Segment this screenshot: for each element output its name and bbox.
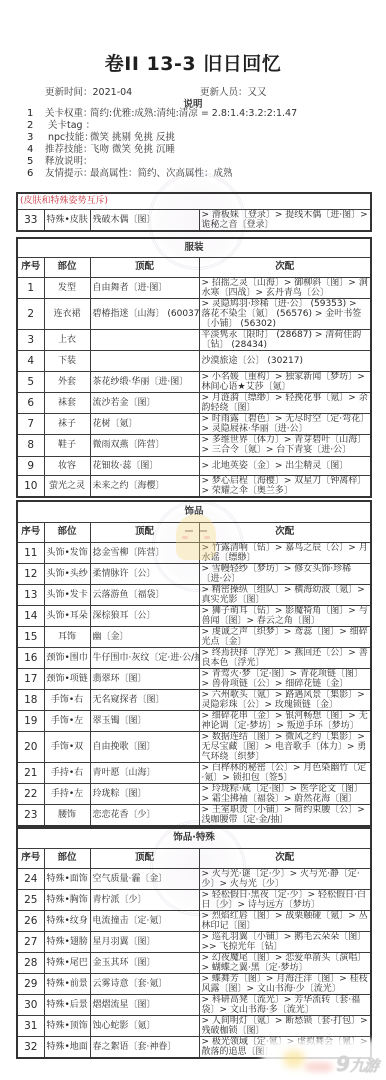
note-value: 最高属性：简约、次高属性：成熟 (90, 168, 233, 180)
table-row: 14 头饰•耳朵 深棕狼耳〔公〕 > 狮子萌耳〔钻〕> 影魔犄角〔图〕> 与兽闻… (17, 605, 371, 626)
row-alternatives: > 终焉抉择〔浮光〕> 燕回还〔公〕> 善良本色〔浮光〕 (199, 647, 371, 668)
row-part: 手持•左 (44, 783, 90, 804)
note-label: 关卡tag ： (48, 120, 95, 132)
table-row: 31 特殊•顶饰 蚀心蛇影〔氪〕 > 人间明灯〔氪〕> 断愁锁〔套·打包〕> 残… (17, 1015, 371, 1036)
site-logo: 9九游 (336, 1052, 378, 1076)
skin-exclusive-note: (皮肤和特殊姿势互斥) (17, 193, 371, 209)
row-alternatives: > 人间明灯〔氪〕> 断愁锁〔套·打包〕> 残破枷锁〔图〕 (199, 1015, 371, 1036)
row-number: 28 (17, 952, 44, 973)
row-top-pick: 捻金雪柳〔阵营〕 (90, 542, 199, 563)
row-number: 27 (17, 931, 44, 952)
row-top-pick: 玲珑粽〔图〕 (90, 783, 199, 804)
table-row: 23 腰饰 恋恋花香〔少〕 > 王室职责〔小铺〕> 简约束腰〔公〕> 浅咖腰带〔… (17, 804, 371, 826)
row-top-pick: 自由舞者〔进·图〕 (90, 277, 199, 298)
row-alternatives: > 幻夜魔尾〔图〕> 恋爱单箭头〔演唱〕> 蝴蝶之翼·黑〔定·梦坊〕 (199, 952, 371, 973)
row-part: 特殊•翅膀 (44, 931, 90, 952)
note-label: 友情提示： (45, 168, 93, 180)
row-number: 11 (17, 542, 44, 563)
row-number: 24 (17, 868, 44, 889)
header-top-pick: 顶配 (90, 848, 199, 868)
row-number: 6 (17, 392, 44, 413)
table-row: 5 外套 茶花纱缎·华丽〔进·图〕 > 小名媛〔重构〕> 独家新闻〔梦坊〕> 林… (17, 371, 371, 392)
row-alternatives: > 巡礼羽翼〔小铺〕> 鹅毛云朵朵〔图〕>> 飞掠光年〔钻〕 (199, 931, 371, 952)
row-part: 耳饰 (44, 626, 90, 647)
note-number: 6 (27, 168, 33, 180)
row-part: 鞋子 (44, 434, 90, 456)
row-part: 头饰•发卡 (44, 584, 90, 605)
note-value: 微笑 挑剔 免挑 反挑 (90, 132, 175, 144)
row-number: 5 (17, 371, 44, 392)
row-part: 手持•右 (44, 762, 90, 783)
table-row: 27 特殊•翅膀 星月羽翼〔图〕 > 巡礼羽翼〔小铺〕> 鹅毛云朵朵〔图〕>> … (17, 931, 371, 952)
row-number: 18 (17, 689, 44, 710)
row-top-pick: 青叶愿〔山海〕 (90, 762, 199, 783)
note-item: 5 释放说明： (0, 156, 386, 168)
table-row: 33 特殊•皮肤 残破木偶〔图〕 > 滑板妹〔登录〕> 提线木偶〔进·图〕> 诡… (17, 209, 371, 231)
row-part: 特殊•面饰 (44, 868, 90, 889)
row-part: 特殊•后景 (44, 994, 90, 1015)
note-item: 3 npc技能： 微笑 挑剔 免挑 反挑 (0, 132, 386, 144)
header-number: 序号 (17, 257, 44, 277)
row-number: 17 (17, 668, 44, 689)
row-part: 手饰•左 (44, 710, 90, 731)
row-part: 特殊•皮肤 (44, 209, 90, 231)
row-top-pick: 蚀心蛇影〔氪〕 (90, 1015, 199, 1036)
row-part: 头饰•头纱 (44, 563, 90, 584)
table-row: 20 手饰•双 自由挽歌〔图〕 > 数据连结〔图〕> 微风之约〔集影〕> 无尽宝… (17, 731, 371, 762)
table-row: 18 手饰•右 无名窥探者〔图〕 > 六州歌头〔氪〕> 路遇风景〔集影〕> 灵隐… (17, 689, 371, 710)
row-top-pick: 星月羽翼〔图〕 (90, 931, 199, 952)
row-top-pick: 茶花纱缎·华丽〔进·图〕 (90, 371, 199, 392)
header-alternatives: 次配 (199, 257, 371, 277)
row-number: 1 (17, 277, 44, 298)
row-part: 发型 (44, 277, 90, 298)
row-part: 下装 (44, 350, 90, 371)
row-number: 15 (17, 626, 44, 647)
note-number: 2 (27, 120, 33, 132)
row-number: 23 (17, 804, 44, 826)
header-part: 部位 (44, 522, 90, 542)
table-row: 7 袜子 花树〔氪〕 > 时雨露〔碧色〕> 无尽时空〔定·弯花〕> 灵隐屐袜·华… (17, 413, 371, 434)
row-top-pick: 云落游鱼〔福袋〕 (90, 584, 199, 605)
row-part: 袜子 (44, 413, 90, 434)
row-alternatives: > 轻松假日·黑夜〔定·少〕> 轻松假日·白日〔少〕> 诗与远方〔梦坊〕 (199, 889, 371, 910)
table-row: 9 妆容 花钿妆·蕊〔图〕 > 北地英姿〔金〕> 出尘精灵〔图〕 (17, 456, 371, 475)
row-top-pick: 流沙若金〔图〕 (90, 392, 199, 413)
row-top-pick: 恋恋花香〔少〕 (90, 804, 199, 826)
row-part: 特殊•地面 (44, 1036, 90, 1058)
row-top-pick: 柔情脉许〔公〕 (90, 563, 199, 584)
row-number: 33 (17, 209, 44, 231)
table-row: 16 颈饰•围巾 牛仔围巾·灰纹〔定·进·公/抽〕 > 终焉抉择〔浮光〕> 燕回… (17, 647, 371, 668)
row-alternatives: > 玲珑粽·咸〔定·图〕> 医学论文〔图〕> 霜尘拂袖〔福袋〕> 蔚然花海〔图〕 (199, 783, 371, 804)
row-top-pick: 空气质量·霾〔金〕 (90, 868, 199, 889)
row-part: 手饰•右 (44, 689, 90, 710)
row-part: 特殊•顶饰 (44, 1015, 90, 1036)
row-alternatives: > 细碎花串〔金〕> 银河畅想〔图〕> 无神论调〔定·梦坊〕> 叛逆手环〔梦坊〕 (199, 710, 371, 731)
skin-table: (皮肤和特殊姿势互斥) 33 特殊•皮肤 残破木偶〔图〕 > 滑板妹〔登录〕> … (16, 192, 372, 232)
row-number: 29 (17, 973, 44, 994)
table-row: 22 手持•左 玲珑粽〔图〕 > 玲珑粽·咸〔定·图〕> 医学论文〔图〕> 霜尘… (17, 783, 371, 804)
row-top-pick: 翡翠环〔图〕 (90, 668, 199, 689)
row-alternatives: > 科研高凳〔流光〕> 芳华流转〔套·福袋〕> 文山书海·多〔流光〕 (199, 994, 371, 1015)
note-item: 2 关卡tag ： (0, 120, 386, 132)
row-number: 9 (17, 456, 44, 475)
row-part: 头饰•发饰 (44, 542, 90, 563)
note-value: 飞吻 微笑 免挑 沉睡 (90, 144, 175, 156)
row-top-pick: 金玉其环〔图〕 (90, 952, 199, 973)
row-alternatives: > 火与光·谜〔定·少〕> 火与光·静〔定·少〕> 火与光〔少〕 (199, 868, 371, 889)
logo-mark-icon: 9 (336, 1052, 349, 1076)
row-number: 12 (17, 563, 44, 584)
row-number: 32 (17, 1036, 44, 1058)
row-part: 手饰•双 (44, 731, 90, 762)
row-top-pick (90, 329, 199, 350)
row-top-pick: 云雾诗意〔套·氪〕 (90, 973, 199, 994)
header-top-pick: 顶配 (90, 257, 199, 277)
row-top-pick: 牛仔围巾·灰纹〔定·进·公/抽〕 (90, 647, 199, 668)
row-alternatives: > 小名媛〔重构〕> 独家新闻〔梦坊〕> 林间心语★艾莎〔氪〕 (199, 371, 371, 392)
table-row: 1 发型 自由舞者〔进·图〕 > 招摇之灵〔山海〕> 御柳斜〔图〕> 涧水寒〔四… (17, 277, 371, 298)
row-number: 8 (17, 434, 44, 456)
row-part: 特殊•胸饰 (44, 889, 90, 910)
row-top-pick: 青柠派〔少〕 (90, 889, 199, 910)
note-number: 5 (27, 156, 33, 168)
note-number: 3 (27, 132, 33, 144)
accessory-table: 饰品 序号 部位 顶配 次配 11 头饰•发饰 捻金雪柳〔阵营〕 > 竹露清响〔… (16, 500, 372, 827)
table-row: 8 鞋子 微雨双燕〔阵营〕 > 多维世界〔体力〕> 青芽碧叶〔山海〕> 三合令〔… (17, 434, 371, 456)
table-row: 12 头饰•头纱 柔情脉许〔公〕 > 雪幔轻纱〔梦坊〕> 修女头饰·珍稀〔进·公… (17, 563, 371, 584)
row-number: 16 (17, 647, 44, 668)
note-value: 简约:优雅:成熟:清纯:清凉 = 2.8:1.4:3.2:2:1.47 (90, 108, 297, 120)
row-part: 连衣裙 (44, 298, 90, 329)
row-alternatives: > 时雨露〔碧色〕> 无尽时空〔定·弯花〕> 灵隐屐袜·华丽〔进·公〕 (199, 413, 371, 434)
table-row: 2 连衣裙 碧椿指迷〔山海〕 (60037) > 灵隐鸠羽·珍稀〔进·公〕 (5… (17, 298, 371, 329)
header-number: 序号 (17, 522, 44, 542)
row-alternatives: > 雪幔轻纱〔梦坊〕> 修女头饰·珍稀〔进·公〕 (199, 563, 371, 584)
header-part: 部位 (44, 257, 90, 277)
table-row: 21 手持•右 青叶愿〔山海〕 > 白桦林的秘密〔公〕> 月色染幽竹〔定·氪〕>… (17, 762, 371, 783)
table-row: 26 特殊•纹身 电流撞击〔定·氪〕 > 烈焰红唇〔图〕> 战栗触碰〔氪〕> 丛… (17, 910, 371, 931)
table-row: 3 上衣 平淡隽永〔限时〕 (28687) > 清荷佳韵〔钻〕 (28434) (17, 329, 371, 350)
table-title: 服装 (17, 238, 371, 257)
header-alternatives: 次配 (199, 848, 371, 868)
row-alternatives: > 月涟漪〔缥缈〕> 轻挽花事〔氪〕> 余韵轻绕〔图〕 (199, 392, 371, 413)
row-number: 22 (17, 783, 44, 804)
row-alternatives: > 北地英姿〔金〕> 出尘精灵〔图〕 (199, 456, 371, 475)
row-number: 4 (17, 350, 44, 371)
table-row: 4 下装 沙漠旅途〔公〕 (30217) (17, 350, 371, 371)
row-top-pick: 未来之约〔海樱〕 (90, 475, 199, 497)
logo-decoration-icon (305, 1062, 333, 1072)
row-top-pick: 翠玉镯〔图〕 (90, 710, 199, 731)
table-row: 28 特殊•尾巴 金玉其环〔图〕 > 幻夜魔尾〔图〕> 恋爱单箭头〔演唱〕> 蝴… (17, 952, 371, 973)
row-number: 26 (17, 910, 44, 931)
row-top-pick: 微雨双燕〔阵营〕 (90, 434, 199, 456)
header-number: 序号 (17, 848, 44, 868)
row-alternatives: > 蝶舞芳〔图〕> 月海汪洋〔图〕> 桂枝风露〔图〕> 文山书海·少〔流光〕 (199, 973, 371, 994)
row-part: 颈饰•围巾 (44, 647, 90, 668)
row-alternatives: > 狮子萌耳〔钻〕> 影魔犄角〔图〕> 与兽闻〔图〕> 春云之角〔图〕 (199, 605, 371, 626)
note-label: 释放说明： (45, 156, 93, 168)
table-row: 10 萤光之灵 未来之约〔海樱〕 > 梦心启程〔海樱〕> 双星刀〔钟离梓〕> 荣… (17, 475, 371, 497)
row-alternatives: > 六州歌头〔氪〕> 路遇风景〔集影〕> 灵隐彩珠〔公〕> 玫瑰锁链〔金〕 (199, 689, 371, 710)
table-row: 25 特殊•胸饰 青柠派〔少〕 > 轻松假日·黑夜〔定·少〕> 轻松假日·白日〔… (17, 889, 371, 910)
table-header-row: 序号 部位 顶配 次配 (17, 522, 371, 542)
row-top-pick: 幽〔金〕 (90, 626, 199, 647)
row-number: 10 (17, 475, 44, 497)
row-alternatives: > 数据连结〔图〕> 微风之约〔集影〕> 无尽宝藏〔图〕> 电音歌手〔体力〕> … (199, 731, 371, 762)
row-number: 30 (17, 994, 44, 1015)
table-row: 29 特殊•前景 云雾诗意〔套·氪〕 > 蝶舞芳〔图〕> 月海汪洋〔图〕> 桂枝… (17, 973, 371, 994)
row-number: 25 (17, 889, 44, 910)
costume-table: 服装 序号 部位 顶配 次配 1 发型 自由舞者〔进·图〕 > 招摇之灵〔山海〕… (16, 237, 372, 498)
note-number: 1 (27, 108, 33, 120)
row-alternatives: > 白桦林的秘密〔公〕> 月色染幽竹〔定·氪〕> 锁扣包〔签5〕 (199, 762, 371, 783)
row-alternatives: > 精密操纵〔组队〕> 横海幼波〔氪〕> 真实光影〔图〕 (199, 584, 371, 605)
table-row: 15 耳饰 幽〔金〕 > 虔诚之声〔织梦〕> 鸢蕊〔图〕> 细碎光点〔金〕 (17, 626, 371, 647)
row-top-pick (90, 350, 199, 371)
page-title: 卷II 13-3 旧日回忆 (0, 49, 386, 76)
table-row: 30 特殊•后景 熠熠流星〔图〕 > 科研高凳〔流光〕> 芳华流转〔套·福袋〕>… (17, 994, 371, 1015)
row-top-pick: 熠熠流星〔图〕 (90, 994, 199, 1015)
skin-note-row: (皮肤和特殊姿势互斥) (17, 193, 371, 209)
row-part: 袜套 (44, 392, 90, 413)
row-top-pick: 花钿妆·蕊〔图〕 (90, 456, 199, 475)
row-part: 腰饰 (44, 804, 90, 826)
row-part: 颈饰•项链 (44, 668, 90, 689)
note-label: npc技能： (48, 132, 94, 144)
row-part: 妆容 (44, 456, 90, 475)
row-alternatives: > 青莺火·梦〔定·图〕> 青花项链〔图〕> 兽骨项链〔公〕> 细碎花链〔金〕 (199, 668, 371, 689)
table-row: 13 头饰•发卡 云落游鱼〔福袋〕 > 精密操纵〔组队〕> 横海幼波〔氪〕> 真… (17, 584, 371, 605)
table-row: 24 特殊•面饰 空气质量·霾〔金〕 > 火与光·谜〔定·少〕> 火与光·静〔定… (17, 868, 371, 889)
row-alternatives: > 王室职责〔小铺〕> 简约束腰〔公〕> 浅咖腰带〔定·金/抽〕 (199, 804, 371, 826)
row-part: 上衣 (44, 329, 90, 350)
special-accessory-table: 饰品·特殊 序号 部位 顶配 次配 24 特殊•面饰 空气质量·霾〔金〕 > 火… (16, 827, 372, 1059)
note-item: 6 友情提示： 最高属性：简约、次高属性：成熟 (0, 168, 386, 180)
row-top-pick: 深棕狼耳〔公〕 (90, 605, 199, 626)
row-alternatives: 沙漠旅途〔公〕 (30217) (199, 350, 371, 371)
row-alternatives: > 烈焰红唇〔图〕> 战栗触碰〔氪〕> 丛林印记〔图〕 (199, 910, 371, 931)
note-item: 4 推荐技能： 飞吻 微笑 免挑 沉睡 (0, 144, 386, 156)
row-part: 特殊•尾巴 (44, 952, 90, 973)
row-number: 7 (17, 413, 44, 434)
row-alternatives: > 竹露清响〔钻〕> 嘉鸟之辰〔公〕> 月水谣〔缥缈〕 (199, 542, 371, 563)
row-number: 14 (17, 605, 44, 626)
row-top-pick: 花树〔氪〕 (90, 413, 199, 434)
note-label: 关卡权重： (45, 108, 93, 120)
row-top-pick: 残破木偶〔图〕 (90, 209, 199, 231)
table-row: 19 手饰•左 翠玉镯〔图〕 > 细碎花串〔金〕> 银河畅想〔图〕> 无神论调〔… (17, 710, 371, 731)
logo-text: 九游 (350, 1057, 378, 1075)
row-alternatives: > 梦心启程〔海樱〕> 双星刀〔钟离梓〕> 荣耀之伞〔奥兰多〕 (199, 475, 371, 497)
row-number: 20 (17, 731, 44, 762)
table-header-row: 序号 部位 顶配 次配 (17, 848, 371, 868)
row-number: 3 (17, 329, 44, 350)
row-part: 特殊•前景 (44, 973, 90, 994)
table-row: 6 袜套 流沙若金〔图〕 > 月涟漪〔缥缈〕> 轻挽花事〔氪〕> 余韵轻绕〔图〕 (17, 392, 371, 413)
row-top-pick: 碧椿指迷〔山海〕 (60037) (90, 298, 199, 329)
row-number: 2 (17, 298, 44, 329)
row-top-pick: 自由挽歌〔图〕 (90, 731, 199, 762)
header-alternatives: 次配 (199, 522, 371, 542)
row-part: 外套 (44, 371, 90, 392)
row-alternatives: > 滑板妹〔登录〕> 提线木偶〔进·图〕> 诡秘之音〔登录〕 (199, 209, 371, 231)
row-alternatives: > 招摇之灵〔山海〕> 御柳斜〔图〕> 涧水寒〔四战〕> 玄丹青鸟〔公〕 (199, 277, 371, 298)
row-number: 31 (17, 1015, 44, 1036)
header-part: 部位 (44, 848, 90, 868)
header-top-pick: 顶配 (90, 522, 199, 542)
note-number: 4 (27, 144, 33, 156)
table-title: 饰品 (17, 501, 371, 522)
table-header-row: 序号 部位 顶配 次配 (17, 257, 371, 277)
note-item: 1 关卡权重： 简约:优雅:成熟:清纯:清凉 = 2.8:1.4:3.2:2:1… (0, 108, 386, 120)
row-alternatives: > 灵隐鸠羽·珍稀〔进·公〕 (59353) > 落花不染尘〔氪〕 (56576… (199, 298, 371, 329)
row-part: 特殊•纹身 (44, 910, 90, 931)
logo-decoration-icon (283, 1050, 305, 1068)
row-top-pick: 无名窥探者〔图〕 (90, 689, 199, 710)
row-number: 13 (17, 584, 44, 605)
row-alternatives: 平淡隽永〔限时〕 (28687) > 清荷佳韵〔钻〕 (28434) (199, 329, 371, 350)
table-row: 17 颈饰•项链 翡翠环〔图〕 > 青莺火·梦〔定·图〕> 青花项链〔图〕> 兽… (17, 668, 371, 689)
note-label: 推荐技能： (45, 144, 93, 156)
row-alternatives: > 多维世界〔体力〕> 青芽碧叶〔山海〕> 三合令〔氪〕> 台下青宴〔进·公〕 (199, 434, 371, 456)
row-number: 21 (17, 762, 44, 783)
row-part: 萤光之灵 (44, 475, 90, 497)
row-top-pick: 电流撞击〔定·氪〕 (90, 910, 199, 931)
table-title: 饰品·特殊 (17, 828, 371, 848)
row-number: 19 (17, 710, 44, 731)
row-part: 头饰•耳朵 (44, 605, 90, 626)
row-alternatives: > 虔诚之声〔织梦〕> 鸢蕊〔图〕> 细碎光点〔金〕 (199, 626, 371, 647)
table-row: 11 头饰•发饰 捻金雪柳〔阵营〕 > 竹露清响〔钻〕> 嘉鸟之辰〔公〕> 月水… (17, 542, 371, 563)
row-top-pick: 春之絮语〔套·神眷〕 (90, 1036, 199, 1058)
